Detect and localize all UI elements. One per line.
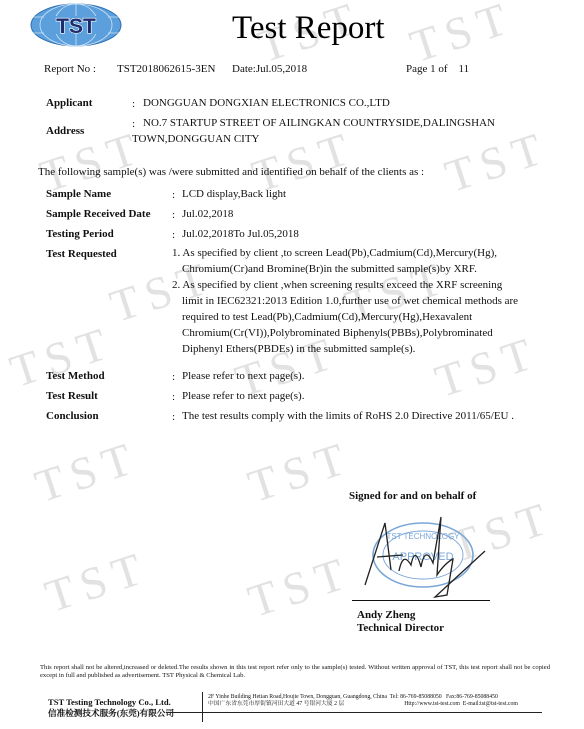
intro-text: The following sample(s) was /were submit…: [38, 164, 424, 180]
signer-name: Andy Zheng: [357, 609, 444, 622]
test-requested-label: Test Requested: [46, 248, 117, 260]
colon: :: [172, 371, 175, 383]
svg-text:TST TECHNOLOGY: TST TECHNOLOGY: [386, 532, 460, 541]
footer-divider-line: [166, 712, 542, 713]
page-number: Page 1 of 11: [406, 63, 469, 75]
conclusion-label: Conclusion: [46, 410, 99, 422]
sample-name-value: LCD display,Back light: [182, 186, 286, 202]
test-method-value: Please refer to next page(s).: [182, 368, 304, 384]
tel: Tel: 86-769-85088050: [390, 694, 442, 700]
company-name-cn: 信准检测技术服务(东莞)有限公司: [48, 708, 174, 719]
email-link[interactable]: E-mail:tst@tst-test.com: [463, 701, 518, 707]
test-method-label: Test Method: [46, 370, 105, 382]
company-name: TST Testing Technology Co., Ltd. 信准检测技术服…: [48, 697, 174, 719]
test-requested-1-line1: 1. As specified by client ,to screen Lea…: [172, 245, 497, 261]
test-requested-2-line2: limit in IEC62321:2013 Edition 1.0,furth…: [182, 293, 518, 309]
test-requested-2-line3: required to test Lead(Pb),Cadmium(Cd),Me…: [182, 309, 472, 325]
website-link[interactable]: Http://www.tst-test.com: [404, 701, 460, 707]
received-date-label: Sample Received Date: [46, 208, 150, 220]
test-requested-2-line1: 2. As specified by client ,when screenin…: [172, 277, 502, 293]
colon: :: [132, 98, 135, 110]
disclaimer: This report shall not be altered,increas…: [40, 664, 550, 680]
colon: :: [132, 118, 135, 130]
company-name-en: TST Testing Technology Co., Ltd.: [48, 697, 174, 708]
signature-stamp-icon: TST TECHNOLOGY APPROVED: [355, 515, 495, 600]
report-no-label: Report No :: [44, 63, 96, 75]
colon: :: [172, 411, 175, 423]
conclusion-value: The test results comply with the limits …: [182, 408, 514, 424]
report-no: TST2018062615-3EN: [117, 63, 215, 75]
applicant-label: Applicant: [46, 97, 92, 109]
report-date: Date:Jul.05,2018: [232, 63, 307, 75]
testing-period-value: Jul.02,2018To Jul.05,2018: [182, 226, 299, 242]
applicant-value: DONGGUAN DONGXIAN ELECTRONICS CO.,LTD: [143, 95, 390, 111]
signer: Andy Zheng Technical Director: [357, 609, 444, 635]
colon: :: [172, 189, 175, 201]
signature-line: [352, 600, 490, 601]
test-requested-2-line4: Chromium(Cr(VI)),Polybrominated Biphenyl…: [182, 325, 493, 341]
footer-vertical-divider: [202, 692, 203, 722]
fax: Fax:86-769-85088450: [446, 694, 498, 700]
testing-period-label: Testing Period: [46, 228, 114, 240]
test-requested-2-line5: Diphenyl Ethers(PBDEs) in the submitted …: [182, 341, 415, 357]
page-title: Test Report: [232, 10, 385, 47]
svg-text:TST: TST: [56, 15, 96, 38]
address-en: 2F Yinhe Building Hetian Road,Houjie Tow…: [208, 694, 387, 700]
address-line1: NO.7 STARTUP STREET OF AILINGKAN COUNTRY…: [143, 115, 495, 131]
test-requested-1-line2: Chromium(Cr)and Bromine(Br)in the submit…: [182, 261, 477, 277]
address-cn: 中国广东省东莞市厚街镇河田大道 47 号银河大厦 2 层: [208, 701, 344, 707]
address-label: Address: [46, 125, 84, 137]
colon: :: [172, 391, 175, 403]
colon: :: [172, 229, 175, 241]
received-date-value: Jul.02,2018: [182, 206, 233, 222]
tst-globe-logo: TST: [30, 3, 122, 47]
test-result-value: Please refer to next page(s).: [182, 388, 304, 404]
sample-name-label: Sample Name: [46, 188, 111, 200]
signer-title: Technical Director: [357, 622, 444, 635]
colon: :: [172, 209, 175, 221]
address-line2: TOWN,DONGGUAN CITY: [132, 131, 260, 147]
signed-on-behalf-label: Signed for and on behalf of: [349, 490, 476, 502]
test-result-label: Test Result: [46, 390, 98, 402]
company-contact: 2F Yinhe Building Hetian Road,Houjie Tow…: [208, 694, 518, 709]
